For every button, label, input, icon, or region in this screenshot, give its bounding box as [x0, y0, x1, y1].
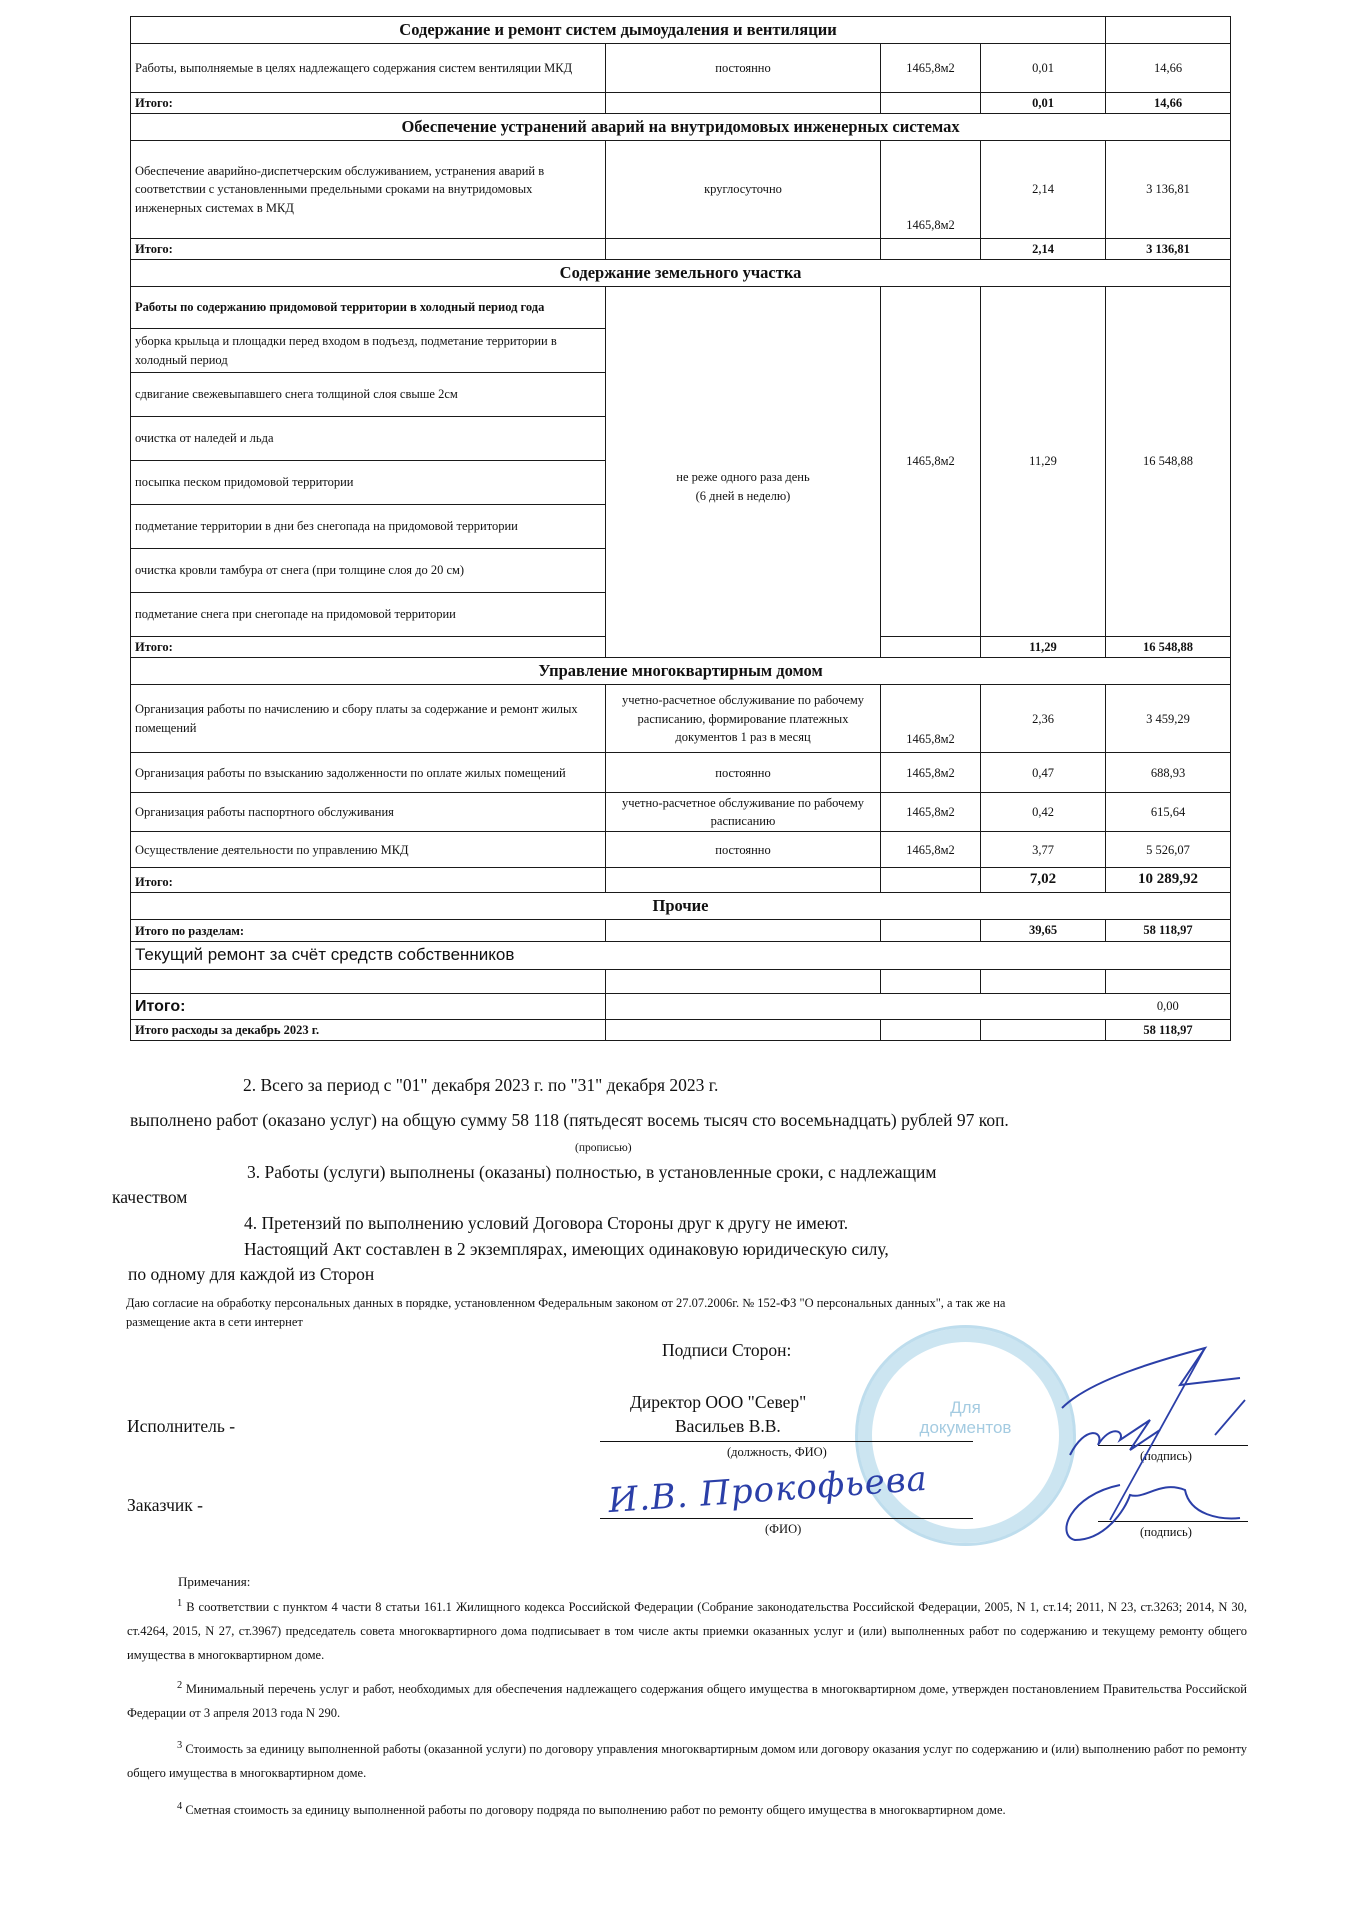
executor-name: Васильев В.В.: [675, 1416, 781, 1437]
sections-total-row: Итого по разделам: 39,65 58 118,97: [131, 919, 1231, 941]
paragraph-2-line1: 2. Всего за период с "01" декабря 2023 г…: [243, 1075, 718, 1096]
table-row: Работы, выполняемые в целях надлежащего …: [131, 43, 1231, 92]
signatures-title: Подписи Сторон:: [662, 1340, 791, 1361]
total-label: Итого:: [131, 238, 606, 259]
note-item: 2 Минимальный перечень услуг и работ, не…: [127, 1676, 1247, 1726]
service-unit: 1465,8м2: [881, 832, 981, 868]
repair-total-row: Итого: 0,00: [131, 993, 1231, 1019]
notes-title: Примечания:: [178, 1574, 250, 1590]
table-row: Работы по содержанию придомовой территор…: [131, 287, 1231, 329]
executor-name-line: [600, 1441, 973, 1442]
total-rate: 39,65: [981, 919, 1106, 941]
paragraph-2-line2: выполнено работ (оказано услуг) на общую…: [130, 1110, 1009, 1131]
service-name: Работы, выполняемые в целях надлежащего …: [131, 43, 606, 92]
service-rate: 3,77: [981, 832, 1106, 868]
customer-sign-caption: (подпись): [1140, 1525, 1192, 1540]
note-number: 3: [177, 1740, 182, 1751]
total-cost: 58 118,97: [1106, 919, 1231, 941]
table-row: [131, 969, 1231, 993]
service-rate: 2,36: [981, 685, 1106, 753]
section-header: Содержание земельного участка: [131, 260, 1231, 287]
grand-total-row: Итого расходы за декабрь 2023 г. 58 118,…: [131, 1019, 1231, 1040]
service-cost: 3 136,81: [1106, 140, 1231, 238]
signature-scribbles: [1050, 1330, 1260, 1550]
total-label: Итого по разделам:: [131, 919, 606, 941]
section-title: Содержание и ремонт систем дымоудаления …: [131, 17, 1106, 44]
table-row: Организация работы по начислению и сбору…: [131, 685, 1231, 753]
section-total-row: Итого: 2,14 3 136,81: [131, 238, 1231, 259]
service-cost: 688,93: [1106, 753, 1231, 793]
service-unit: 1465,8м2: [881, 685, 981, 753]
service-frequency: постоянно: [606, 753, 881, 793]
service-rate: 2,14: [981, 140, 1106, 238]
customer-sign-line: [1098, 1521, 1248, 1522]
group-header: Работы по содержанию придомовой территор…: [131, 287, 606, 329]
repair-header-row: Текущий ремонт за счёт средств собственн…: [131, 941, 1231, 969]
service-frequency: постоянно: [606, 832, 881, 868]
paragraph-5-line1: Настоящий Акт составлен в 2 экземплярах,…: [244, 1239, 889, 1260]
customer-caption: (ФИО): [765, 1522, 801, 1537]
table-row: Организация работы паспортного обслужива…: [131, 793, 1231, 832]
total-label: Итого:: [131, 993, 606, 1019]
note-text: Стоимость за единицу выполненной работы …: [127, 1742, 1247, 1780]
note-item: 4 Сметная стоимость за единицу выполненн…: [127, 1797, 1247, 1823]
service-frequency: учетно-расчетное обслуживание по рабочем…: [606, 793, 881, 832]
table-row: Осуществление деятельности по управлению…: [131, 832, 1231, 868]
section-title: Обеспечение устранений аварий на внутрид…: [131, 114, 1231, 141]
service-rate: 0,42: [981, 793, 1106, 832]
service-cost: 615,64: [1106, 793, 1231, 832]
note-item: 3 Стоимость за единицу выполненной работ…: [127, 1736, 1247, 1786]
section-header: Обеспечение устранений аварий на внутрид…: [131, 114, 1231, 141]
service-cost: 5 526,07: [1106, 832, 1231, 868]
customer-name-line: [600, 1518, 973, 1519]
service-unit: 1465,8м2: [881, 753, 981, 793]
total-label: Итого:: [131, 868, 606, 893]
service-cost: 14,66: [1106, 43, 1231, 92]
paragraph-2-hint: (прописью): [575, 1142, 632, 1154]
service-rate: 0,47: [981, 753, 1106, 793]
grand-total-label: Итого расходы за декабрь 2023 г.: [131, 1019, 606, 1040]
section-header: Управление многоквартирным домом: [131, 658, 1231, 685]
service-rate: 11,29: [981, 287, 1106, 637]
service-frequency: постоянно: [606, 43, 881, 92]
service-name: Организация работы по взысканию задолжен…: [131, 753, 606, 793]
services-table: Содержание и ремонт систем дымоудаления …: [130, 16, 1231, 1041]
table-row: Организация работы по взысканию задолжен…: [131, 753, 1231, 793]
repair-header: Текущий ремонт за счёт средств собственн…: [131, 941, 1231, 969]
total-cost: 10 289,92: [1106, 868, 1231, 893]
executor-caption: (должность, ФИО): [727, 1445, 827, 1460]
section-header: Содержание и ремонт систем дымоудаления …: [131, 17, 1231, 44]
total-rate: 0,01: [981, 92, 1106, 113]
service-unit: 1465,8м2: [881, 287, 981, 637]
note-text: Минимальный перечень услуг и работ, необ…: [127, 1682, 1247, 1720]
paragraph-3-line1: 3. Работы (услуги) выполнены (оказаны) п…: [247, 1162, 936, 1183]
paragraph-3-line2: качеством: [112, 1187, 187, 1208]
total-rate: 2,14: [981, 238, 1106, 259]
consent-line1: Даю согласие на обработку персональных д…: [126, 1296, 1005, 1311]
service-cost: 3 459,29: [1106, 685, 1231, 753]
total-rate: 11,29: [981, 637, 1106, 658]
stamp-text: Для: [858, 1398, 1073, 1418]
consent-line2: размещение акта в сети интернет: [126, 1315, 303, 1330]
customer-label: Заказчик -: [127, 1495, 203, 1516]
note-number: 1: [177, 1598, 182, 1609]
executor-position: Директор ООО "Север": [630, 1392, 806, 1413]
grand-total-cost: 58 118,97: [1106, 1019, 1231, 1040]
total-label: Итого:: [131, 637, 606, 658]
service-unit: 1465,8м2: [881, 793, 981, 832]
note-text: В соответствии с пунктом 4 части 8 стать…: [127, 1600, 1247, 1662]
note-item: 1 В соответствии с пунктом 4 части 8 ста…: [127, 1594, 1247, 1667]
executor-label: Исполнитель -: [127, 1416, 235, 1437]
executor-sign-line: [1098, 1445, 1248, 1446]
total-cost: 3 136,81: [1106, 238, 1231, 259]
total-cost: 14,66: [1106, 92, 1231, 113]
section-title: Прочие: [131, 893, 1231, 920]
table-row: Обеспечение аварийно-диспетчерским обслу…: [131, 140, 1231, 238]
executor-sign-caption: (подпись): [1140, 1449, 1192, 1464]
total-label: Итого:: [131, 92, 606, 113]
service-frequency: не реже одного раза день (6 дней в недел…: [606, 287, 881, 658]
service-unit: 1465,8м2: [881, 43, 981, 92]
note-text: Сметная стоимость за единицу выполненной…: [185, 1803, 1005, 1817]
section-total-row: Итого: 7,02 10 289,92: [131, 868, 1231, 893]
section-title: Управление многоквартирным домом: [131, 658, 1231, 685]
service-name: Осуществление деятельности по управлению…: [131, 832, 606, 868]
section-total-row: Итого: 0,01 14,66: [131, 92, 1231, 113]
paragraph-4: 4. Претензий по выполнению условий Догов…: [244, 1213, 848, 1234]
service-name: Обеспечение аварийно-диспетчерским обслу…: [131, 140, 606, 238]
service-cost: 16 548,88: [1106, 287, 1231, 637]
section-title: Содержание земельного участка: [131, 260, 1231, 287]
service-frequency: учетно-расчетное обслуживание по рабочем…: [606, 685, 881, 753]
company-stamp: Для документов: [855, 1325, 1076, 1546]
service-unit: 1465,8м2: [881, 140, 981, 238]
total-cost: 0,00: [1106, 993, 1231, 1019]
service-name: Организация работы по начислению и сбору…: [131, 685, 606, 753]
service-rate: 0,01: [981, 43, 1106, 92]
section-header: Прочие: [131, 893, 1231, 920]
paragraph-5-line2: по одному для каждой из Сторон: [128, 1264, 374, 1285]
service-name: Организация работы паспортного обслужива…: [131, 793, 606, 832]
total-cost: 16 548,88: [1106, 637, 1231, 658]
note-number: 4: [177, 1801, 182, 1812]
stamp-text: документов: [858, 1418, 1073, 1438]
service-frequency: круглосуточно: [606, 140, 881, 238]
total-rate: 7,02: [981, 868, 1106, 893]
note-number: 2: [177, 1680, 182, 1691]
